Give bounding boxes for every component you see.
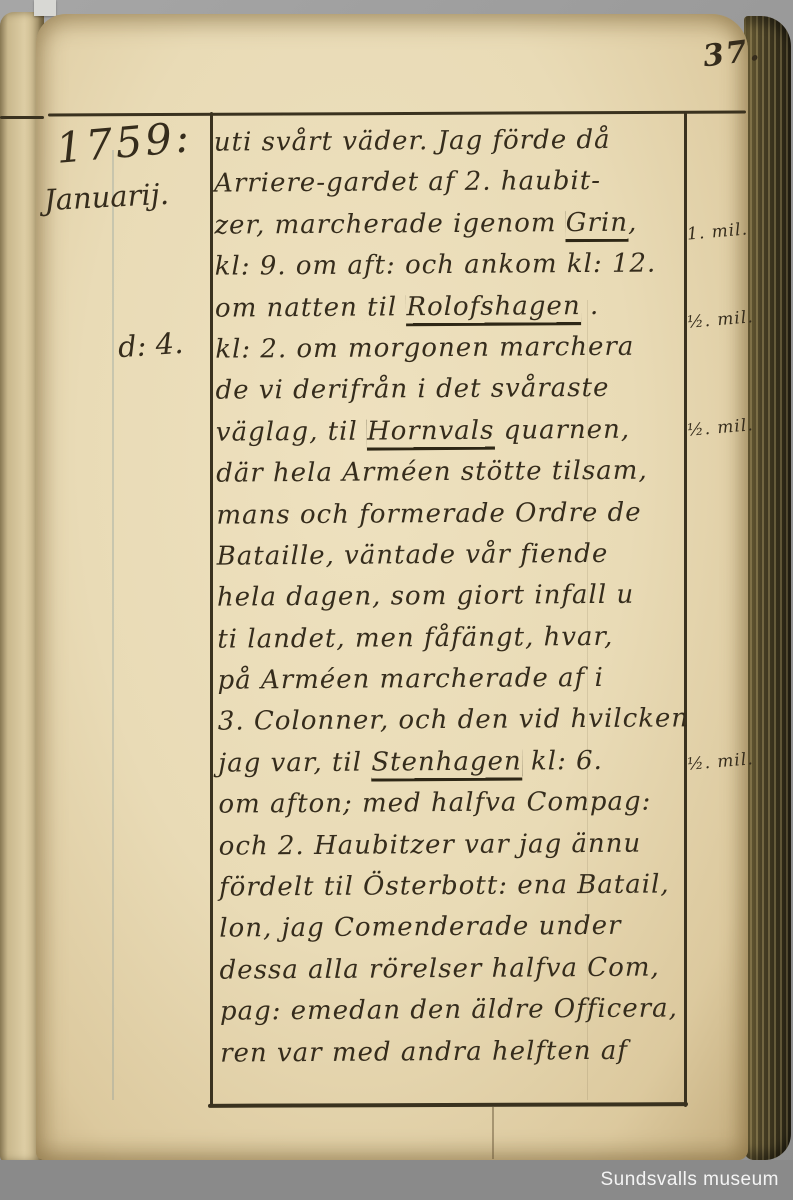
text-line: kl: 9. om aft: och ankom kl: 12. xyxy=(215,244,681,289)
text-line: ren var med andra helften af xyxy=(220,1030,686,1075)
text-segment: pag: emedan den äldre Officera, xyxy=(220,994,678,1027)
text-segment: hela dagen, som giort infall u xyxy=(217,580,634,613)
text-segment: uti svårt väder. Jag förde då xyxy=(214,125,611,158)
journal-text: uti svårt väder. Jag förde dåArriere-gar… xyxy=(214,119,687,1074)
place-name: Stenhagen xyxy=(371,746,522,778)
date-column-divider xyxy=(210,112,213,1107)
text-line: pag: emedan den äldre Officera, xyxy=(220,989,686,1034)
text-segment: kl: 2. om morgonen marchera xyxy=(215,332,634,365)
text-line: lon, jag Comenderade under xyxy=(219,906,685,951)
text-line: zer, marcherade igenom Grin, xyxy=(214,202,680,247)
text-segment: kl: 6. xyxy=(522,746,603,777)
text-line: Arriere-gardet af 2. haubit- xyxy=(214,161,680,206)
scanned-manuscript-page: 37. 1759: Januarij. d: 4. uti svårt väde… xyxy=(0,0,793,1200)
text-line: om natten til Rolofshagen . xyxy=(215,285,681,330)
book-fore-edge xyxy=(744,16,791,1160)
text-segment: lon, jag Comenderade under xyxy=(219,911,621,944)
text-line: dessa alla rörelser halfva Com, xyxy=(219,947,685,992)
text-segment: om natten til xyxy=(215,292,407,323)
page-number: 37. xyxy=(701,33,763,75)
text-segment: de vi derifrån i det svåraste xyxy=(215,373,609,406)
text-segment: Bataille, väntade vår fiende xyxy=(217,539,609,572)
text-line: de vi derifrån i det svåraste xyxy=(215,368,681,413)
entry-day: d: 4. xyxy=(117,326,184,364)
text-segment: om afton; med halfva Compag: xyxy=(218,787,651,820)
place-name: Hornvals xyxy=(367,415,495,447)
text-segment: kl: 9. om aft: och ankom kl: 12. xyxy=(215,249,657,282)
text-segment: mans och formerade Ordre de xyxy=(216,497,641,530)
text-line: Bataille, väntade vår fiende xyxy=(217,533,683,578)
text-segment: zer, marcherade igenom xyxy=(214,208,566,240)
text-line: om afton; med halfva Compag: xyxy=(218,782,684,827)
place-name: Rolofshagen xyxy=(406,291,580,323)
text-segment: jag var, til xyxy=(218,747,371,778)
text-segment: ren var med andra helften af xyxy=(220,1035,628,1068)
text-line: hela dagen, som giort infall u xyxy=(217,575,683,620)
text-segment: väglag, til xyxy=(216,416,367,447)
gutter-rule-fragment xyxy=(0,116,44,119)
museum-credit-band: Sundsvalls museum xyxy=(0,1160,793,1200)
text-segment: ti landet, men fåfängt, hvar, xyxy=(217,622,613,655)
page-crease xyxy=(492,1107,494,1159)
museum-credit-text: Sundsvalls museum xyxy=(600,1169,779,1191)
text-segment: där hela Arméen stötte tilsam, xyxy=(216,456,648,489)
text-segment: på Arméen marcherade af i xyxy=(217,663,603,696)
text-segment: fördelt til Österbott: ena Batail, xyxy=(219,870,670,903)
text-line: där hela Arméen stötte tilsam, xyxy=(216,451,682,496)
text-line: och 2. Haubitzer var jag ännu xyxy=(219,823,685,868)
text-segment: quarnen, xyxy=(494,414,630,445)
faint-guide-line xyxy=(112,150,114,1100)
text-segment: . xyxy=(581,291,600,321)
text-line: 3. Colonner, och den vid hvilcken xyxy=(218,699,684,744)
text-segment: 3. Colonner, och den vid hvilcken xyxy=(218,704,689,737)
text-segment: dessa alla rörelser halfva Com, xyxy=(219,952,659,985)
text-line: ti landet, men fåfängt, hvar, xyxy=(217,616,683,661)
place-name: Grin xyxy=(566,208,628,239)
text-segment: Arriere-gardet af 2. haubit- xyxy=(214,166,601,199)
text-segment: , xyxy=(628,207,637,237)
text-line: väglag, til Hornvals quarnen, xyxy=(216,409,682,454)
text-line: uti svårt väder. Jag förde då xyxy=(214,119,680,164)
text-line: mans och formerade Ordre de xyxy=(216,492,682,537)
paper-tab xyxy=(34,0,56,16)
text-line: jag var, til Stenhagen kl: 6. xyxy=(218,740,684,785)
text-line: kl: 2. om morgonen marchera xyxy=(215,326,681,371)
text-line: på Arméen marcherade af i xyxy=(217,657,683,702)
entry-month: Januarij. xyxy=(43,177,170,217)
text-segment: och 2. Haubitzer var jag ännu xyxy=(219,828,642,861)
text-line: fördelt til Österbott: ena Batail, xyxy=(219,864,685,909)
